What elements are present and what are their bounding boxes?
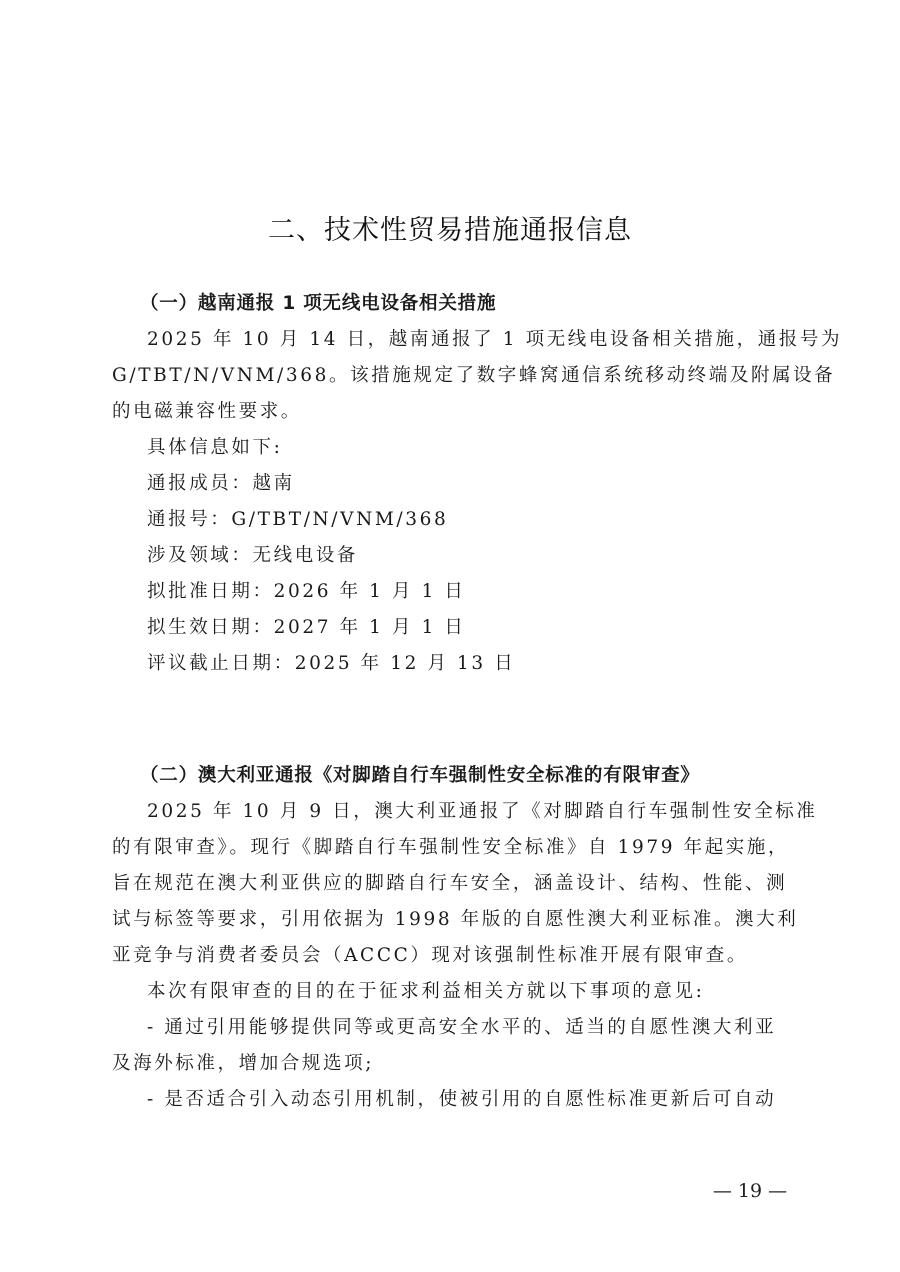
- detail-value: 2026 年 1 月 1 日: [274, 581, 466, 602]
- paragraph-line: 2025 年 10 月 14 日，越南通报了 1 项无线电设备相关措施，通报号为: [147, 322, 827, 358]
- detail-value: 2027 年 1 月 1 日: [274, 617, 466, 638]
- detail-value: 2025 年 12 月 13 日: [295, 653, 516, 674]
- details-intro: 具体信息如下:: [147, 430, 827, 466]
- detail-value: G/TBT/N/VNM/368: [231, 509, 448, 530]
- document-page: 二、技术性贸易措施通报信息 （一）越南通报 1 项无线电设备相关措施 2025 …: [0, 0, 900, 1272]
- detail-row-notification-number: 通报号：G/TBT/N/VNM/368: [147, 502, 827, 538]
- paragraph-line: 的有限审查》。现行《脚踏自行车强制性安全标准》自 1979 年起实施，: [112, 830, 792, 866]
- detail-label: 通报号：: [147, 509, 231, 530]
- detail-row-approval-date: 拟批准日期：2026 年 1 月 1 日: [147, 574, 827, 610]
- detail-label: 拟批准日期：: [147, 581, 274, 602]
- detail-label: 拟生效日期：: [147, 617, 274, 638]
- bullet-line: - 通过引用能够提供同等或更高安全水平的、适当的自愿性澳大利亚: [147, 1010, 827, 1046]
- purpose-intro: 本次有限审查的目的在于征求利益相关方就以下事项的意见:: [147, 974, 827, 1010]
- section-title: 二、技术性贸易措施通报信息: [0, 208, 900, 247]
- paragraph-line: 试与标签等要求，引用依据为 1998 年版的自愿性澳大利亚标准。澳大利: [112, 902, 792, 938]
- bullet-line: - 是否适合引入动态引用机制，使被引用的自愿性标准更新后可自动: [147, 1082, 827, 1118]
- bullet-line: 及海外标准，增加合规选项;: [112, 1046, 792, 1082]
- subsection-heading-vietnam: （一）越南通报 1 项无线电设备相关措施: [140, 286, 820, 322]
- detail-label: 通报成员：: [147, 473, 253, 494]
- detail-value: 无线电设备: [253, 545, 359, 566]
- page-number: — 19 —: [700, 1180, 800, 1202]
- detail-row-field: 涉及领域：无线电设备: [147, 538, 827, 574]
- detail-row-effective-date: 拟生效日期：2027 年 1 月 1 日: [147, 610, 827, 646]
- detail-row-comment-deadline: 评议截止日期：2025 年 12 月 13 日: [147, 646, 827, 682]
- paragraph-line: G/TBT/N/VNM/368。该措施规定了数字蜂窝通信系统移动终端及附属设备: [112, 358, 792, 394]
- subsection-heading-australia: （二）澳大利亚通报《对脚踏自行车强制性安全标准的有限审查》: [140, 758, 820, 794]
- detail-label: 涉及领域：: [147, 545, 253, 566]
- detail-row-member: 通报成员：越南: [147, 466, 827, 502]
- paragraph-line: 亚竞争与消费者委员会（ACCC）现对该强制性标准开展有限审查。: [112, 938, 792, 974]
- detail-label: 评议截止日期：: [147, 653, 295, 674]
- paragraph-line: 2025 年 10 月 9 日，澳大利亚通报了《对脚踏自行车强制性安全标准: [147, 794, 827, 830]
- paragraph-line: 旨在规范在澳大利亚供应的脚踏自行车安全，涵盖设计、结构、性能、测: [112, 866, 792, 902]
- detail-value: 越南: [253, 473, 295, 494]
- paragraph-line: 的电磁兼容性要求。: [112, 394, 792, 430]
